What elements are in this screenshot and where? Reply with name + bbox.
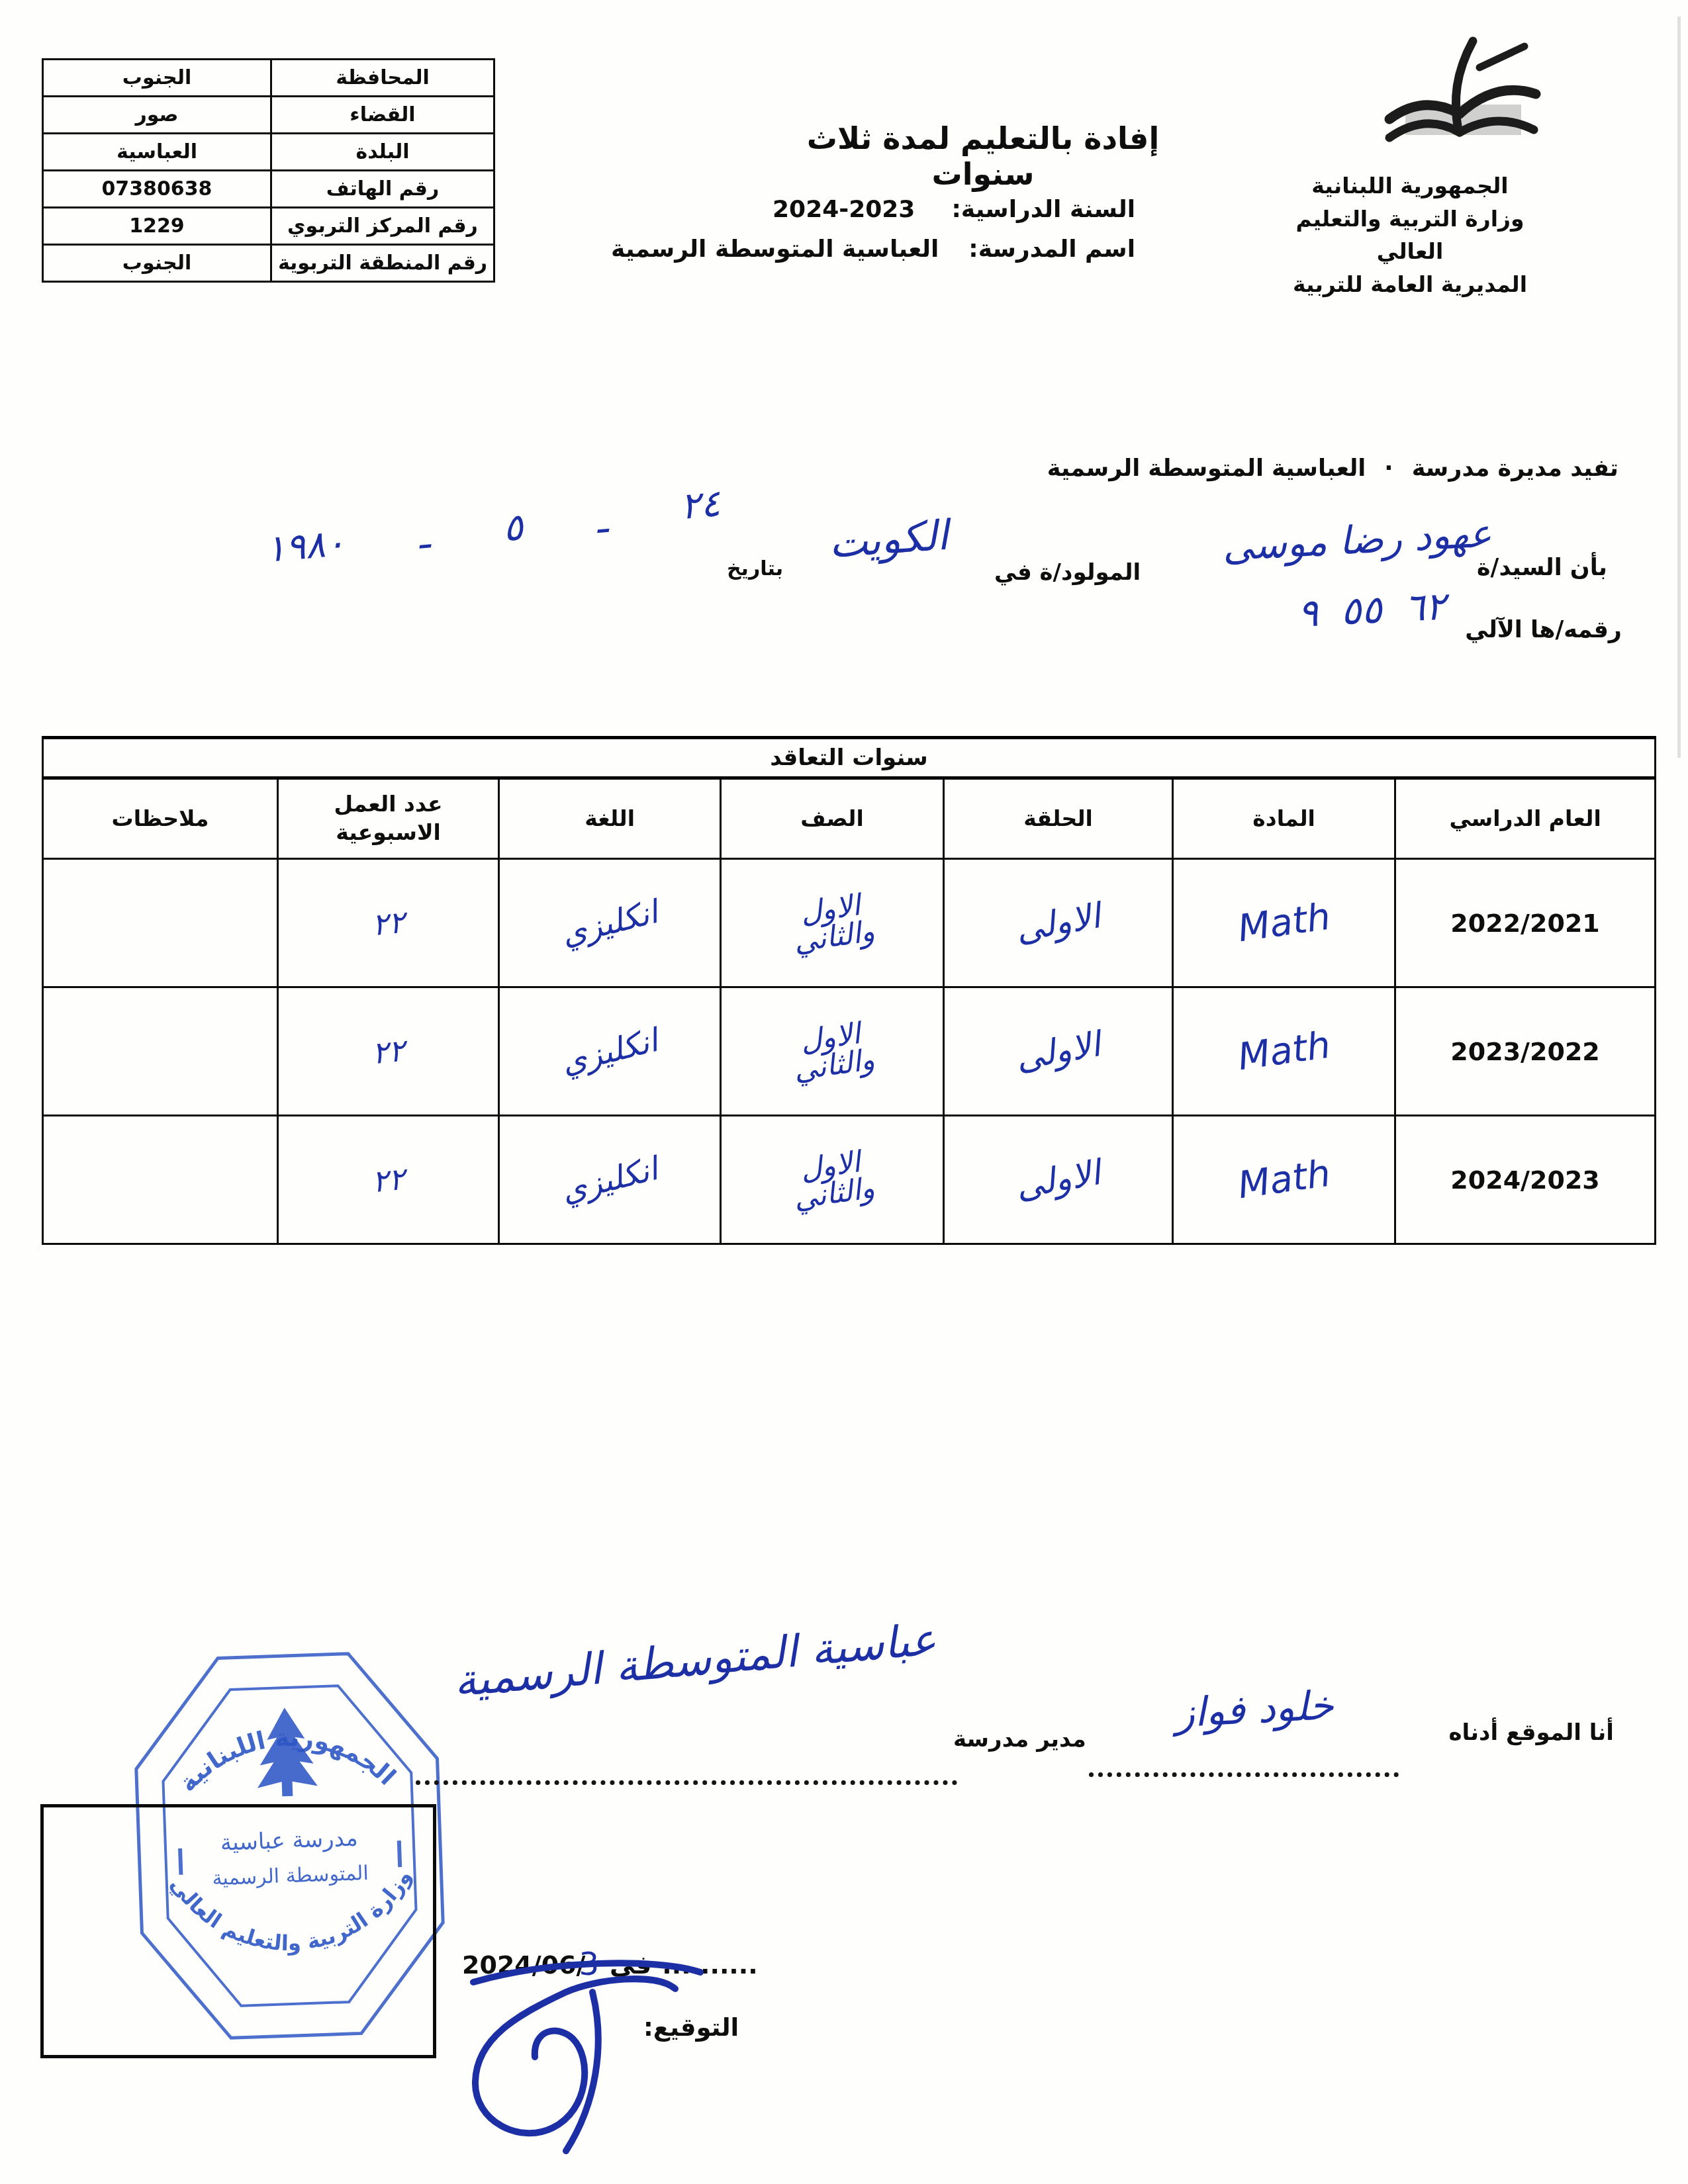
cell-notes	[43, 1116, 278, 1244]
certify-line: تفيد مديرة مدرسة · العباسية المتوسطة الر…	[1047, 455, 1618, 482]
table-caption-row: سنوات التعاقد	[43, 738, 1656, 778]
birth-year: ١٩٨٠	[263, 522, 347, 571]
info-label: البلدة	[271, 134, 494, 171]
table-header-row: العام الدراسي المادة الحلقة الصف اللغة ع…	[43, 778, 1656, 859]
col-cycle: الحلقة	[944, 778, 1173, 859]
date-separator: ـ	[594, 498, 609, 542]
cell-class-handwritten: الاولوالثاني	[788, 1147, 876, 1213]
school-year-line: السنة الدراسية: 2024-2023	[728, 196, 1135, 223]
cell-subject-handwritten: Math	[1235, 1152, 1333, 1208]
cell-year: 2023/2022	[1395, 987, 1656, 1116]
birth-month: ٥	[501, 506, 525, 550]
auto-number-part: ٩	[1296, 590, 1319, 636]
cell-hours-handwritten: ٢٢	[370, 1160, 406, 1199]
cell-year: 2022/2021	[1395, 859, 1656, 987]
info-value: العباسية	[43, 134, 271, 171]
cell-class-handwritten: الاولوالثاني	[788, 890, 876, 956]
document-title: إفادة بالتعليم لمدة ثلاث سنوات	[755, 120, 1211, 192]
info-value: الجنوب	[43, 245, 271, 282]
table-row: رقم الهاتف 07380638	[43, 171, 494, 208]
separator-dot: ·	[1384, 455, 1393, 482]
col-notes: ملاحظات	[43, 778, 278, 859]
cell-notes	[43, 859, 278, 987]
directorate-line: المديرية العامة للتربية	[1264, 268, 1556, 301]
republic-line: الجمهورية اللبنانية	[1264, 169, 1556, 203]
cell-cycle-handwritten: الاولى	[1013, 1024, 1103, 1078]
birth-date-label: بتاريخ	[727, 557, 783, 580]
col-class: الصف	[721, 778, 944, 859]
birth-date-handwritten: ١٩٨٠ ـ ٥ ـ ٢٤	[263, 488, 722, 571]
school-info-table: المحافظة الجنوب القضاء صور البلدة العباس…	[42, 58, 495, 283]
col-academic-year: العام الدراسي	[1395, 778, 1656, 859]
signer-label: أنا الموقع أدناه	[1448, 1719, 1614, 1746]
info-label: رقم الهاتف	[271, 171, 494, 208]
info-value: صور	[43, 97, 271, 134]
info-value: 1229	[43, 208, 271, 245]
school-year-value: 2024-2023	[773, 196, 915, 223]
birth-day: ٢٤	[679, 482, 722, 528]
birthplace-handwritten: الكويت	[827, 511, 950, 567]
cell-cycle-handwritten: الاولى	[1013, 896, 1103, 950]
col-language: اللغة	[499, 778, 721, 859]
cell-year: 2024/2023	[1395, 1116, 1656, 1244]
signer-name-dotted-line	[1089, 1772, 1399, 1777]
director-label: مدير مدرسة	[953, 1726, 1086, 1752]
table-row: 2022/2021 Math الاولى الاولوالثاني انكلي…	[43, 859, 1656, 987]
ministry-header: الجمهورية اللبنانية وزارة التربية والتعل…	[1264, 169, 1556, 300]
table-row: البلدة العباسية	[43, 134, 494, 171]
cell-language-handwritten: انكليزي	[558, 1150, 662, 1209]
table-row: القضاء صور	[43, 97, 494, 134]
table-row: المحافظة الجنوب	[43, 60, 494, 97]
signature-scribble-icon	[457, 1952, 708, 2171]
cell-cycle-handwritten: الاولى	[1013, 1153, 1103, 1206]
ministry-line: وزارة التربية والتعليم العالي	[1264, 203, 1556, 268]
school-name-label: اسم المدرسة:	[968, 236, 1135, 263]
school-name-line: اسم المدرسة: العباسية المتوسطة الرسمية	[649, 236, 1135, 263]
table-row: رقم المركز التربوي 1229	[43, 208, 494, 245]
cell-subject-handwritten: Math	[1235, 1024, 1333, 1079]
info-label: القضاء	[271, 97, 494, 134]
certify-school-name: العباسية المتوسطة الرسمية	[1047, 455, 1366, 482]
signer-name-handwritten: خلود فواز	[1098, 1678, 1411, 1741]
certify-text: تفيد مديرة مدرسة	[1412, 455, 1618, 482]
info-value: 07380638	[43, 171, 271, 208]
school-name-value: العباسية المتوسطة الرسمية	[611, 236, 939, 263]
table-row: رقم المنطقة التربوية الجنوب	[43, 245, 494, 282]
contract-table-title: سنوات التعاقد	[43, 738, 1656, 778]
cell-class-handwritten: الاولوالثاني	[788, 1019, 876, 1085]
auto-number-part: ٦٢	[1403, 583, 1447, 630]
stamp-box-frame	[40, 1804, 436, 2058]
school-name-dotted-line	[416, 1780, 957, 1785]
info-label: المحافظة	[271, 60, 494, 97]
ministry-logo-icon	[1380, 33, 1542, 169]
info-value: الجنوب	[43, 60, 271, 97]
table-row: 2024/2023 Math الاولى الاولوالثاني انكلي…	[43, 1116, 1656, 1244]
col-subject: المادة	[1173, 778, 1395, 859]
scan-edge-artifact	[1677, 17, 1681, 758]
cell-language-handwritten: انكليزي	[558, 1021, 662, 1081]
school-year-label: السنة الدراسية:	[951, 196, 1135, 223]
scanned-certificate-page: المحافظة الجنوب القضاء صور البلدة العباس…	[0, 0, 1688, 2184]
cell-hours-handwritten: ٢٢	[370, 1032, 406, 1071]
date-separator: ـ	[417, 514, 432, 558]
info-label: رقم المركز التربوي	[271, 208, 494, 245]
born-label: المولود/ة في	[994, 559, 1141, 586]
col-weekly-hours: عدد العمل الاسبوعية	[278, 778, 499, 859]
cell-notes	[43, 987, 278, 1116]
auto-number-part: ٥٥	[1340, 586, 1383, 633]
person-label: بأن السيد/ة	[1477, 555, 1607, 581]
contract-years-table: سنوات التعاقد العام الدراسي المادة الحلق…	[42, 736, 1656, 1245]
school-name-handwritten: عباسية المتوسطة الرسمية	[396, 1609, 994, 1711]
cell-subject-handwritten: Math	[1235, 895, 1333, 951]
table-row: 2023/2022 Math الاولى الاولوالثاني انكلي…	[43, 987, 1656, 1116]
cell-hours-handwritten: ٢٢	[370, 903, 406, 942]
info-label: رقم المنطقة التربوية	[271, 245, 494, 282]
cell-language-handwritten: انكليزي	[558, 893, 662, 952]
